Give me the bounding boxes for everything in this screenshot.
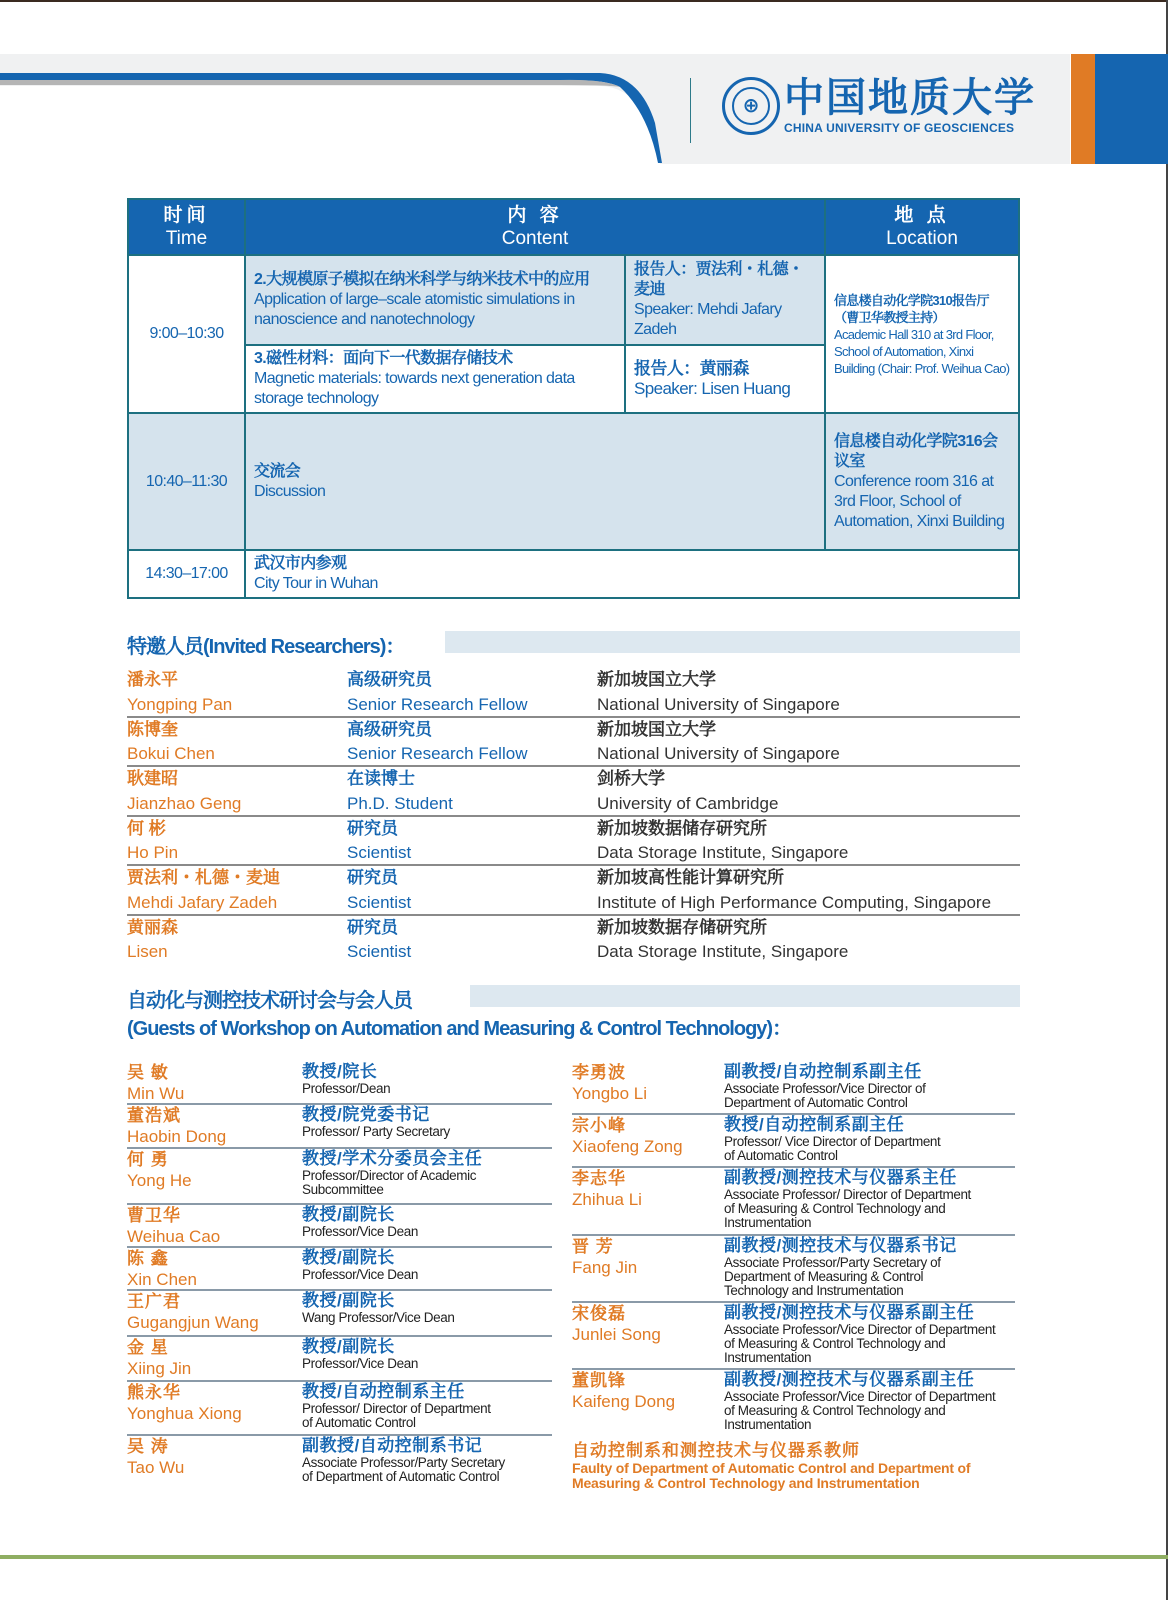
guest-name: 王广君Gugangjun Wang <box>127 1291 259 1333</box>
header-content-cn: 内 容 <box>246 204 824 227</box>
schedule-time: 14:30–17:00 <box>128 550 245 598</box>
list-item: 陈 鑫Xin Chen 教授/副院长Professor/Vice Dean <box>127 1248 552 1291</box>
title-en: Professor/ Party Secretary <box>302 1125 450 1139</box>
location-cn: 信息楼自动化学院316会议室 <box>834 432 1010 472</box>
title-en: Professor/Vice Dean <box>302 1268 418 1282</box>
name-cn: 吴 涛 <box>127 1436 184 1457</box>
title-cn: 在读博士 <box>347 767 453 792</box>
university-logo: ⊕ 中国地质大学 CHINA UNIVERSITY OF GEOSCIENCES <box>722 76 1036 135</box>
list-item: 晋 芳Fang Jin 副教授/测控技术与仪器系书记Associate Prof… <box>572 1236 1015 1303</box>
researcher-name: 何 彬Ho Pin <box>127 817 178 866</box>
list-item: 金 星Xiing Jin 教授/副院长Professor/Vice Dean <box>127 1337 552 1382</box>
org-cn: 新加坡数据存储研究所 <box>597 916 848 941</box>
talk-title: 2.大规模原子模拟在纳米科学与纳米技术中的应用 Application of l… <box>245 255 625 345</box>
guest-name: 熊永华Yonghua Xiong <box>127 1382 242 1424</box>
header-swoosh-curve <box>560 73 670 163</box>
header-blue-block <box>1095 54 1168 164</box>
name-en: Ho Pin <box>127 841 178 866</box>
guest-name: 董浩斌Haobin Dong <box>127 1105 226 1147</box>
name-cn: 熊永华 <box>127 1382 242 1403</box>
talk-title-en: Application of large–scale atomistic sim… <box>254 290 616 330</box>
section-bar <box>445 631 1020 653</box>
header-location: 地 点 Location <box>825 199 1019 255</box>
faculty-cn: 自动控制系和测控技术与仪器系教师 <box>572 1441 970 1461</box>
guest-title: 副教授/自动控制系副主任Associate Professor/Vice Dir… <box>724 1062 925 1110</box>
name-en: Tao Wu <box>127 1457 184 1478</box>
name-en: Mehdi Jafary Zadeh <box>127 891 280 916</box>
researcher-org: 新加坡国立大学National University of Singapore <box>597 718 840 767</box>
location-cn: 信息楼自动化学院310报告厅（曹卫华教授主持） <box>834 292 1010 326</box>
speaker-cn: 报告人：黄丽森 <box>634 359 816 379</box>
name-cn: 董浩斌 <box>127 1105 226 1126</box>
researcher-org: 剑桥大学University of Cambridge <box>597 767 778 816</box>
guest-title: 副教授/自动控制系书记Associate Professor/Party Sec… <box>302 1436 505 1484</box>
seal-inner-icon: ⊕ <box>732 87 770 125</box>
researcher-title: 在读博士Ph.D. Student <box>347 767 453 816</box>
name-cn: 何 彬 <box>127 817 178 842</box>
schedule-content: 武汉市内参观 City Tour in Wuhan <box>245 550 1019 598</box>
list-item: 何 勇Yong He 教授/学术分委员会主任Professor/Director… <box>127 1149 552 1205</box>
org-en: Data Storage Institute, Singapore <box>597 841 848 866</box>
name-en: Zhihua Li <box>572 1189 642 1210</box>
name-en: Haobin Dong <box>127 1126 226 1147</box>
title-en: Ph.D. Student <box>347 792 453 817</box>
guests-left-column: 吴 敏Min Wu 教授/院长Professor/Dean 董浩斌Haobin … <box>127 1062 552 1490</box>
schedule-content: 交流会 Discussion <box>245 413 825 550</box>
header-location-cn: 地 点 <box>826 204 1018 227</box>
title-cn: 副教授/自动控制系副主任 <box>724 1062 925 1082</box>
schedule-row: 14:30–17:00 武汉市内参观 City Tour in Wuhan <box>128 550 1019 598</box>
org-en: Data Storage Institute, Singapore <box>597 940 848 965</box>
guest-name: 董凯锋Kaifeng Dong <box>572 1370 675 1412</box>
name-cn: 王广君 <box>127 1291 259 1312</box>
title-cn: 教授/副院长 <box>302 1205 418 1225</box>
title-en: Wang Professor/Vice Dean <box>302 1311 454 1325</box>
org-cn: 新加坡高性能计算研究所 <box>597 866 991 891</box>
title-en: Senior Research Fellow <box>347 742 527 767</box>
researcher-title: 研究员Scientist <box>347 866 411 915</box>
speaker-en: Speaker: Mehdi Jafary Zadeh <box>634 300 816 340</box>
title-cn: 教授/副院长 <box>302 1337 418 1357</box>
invited-section-title: 特邀人员(Invited Researchers)： <box>127 630 404 659</box>
talk-title-en: Magnetic materials: towards next generat… <box>254 369 616 409</box>
researcher-org: 新加坡国立大学National University of Singapore <box>597 668 840 717</box>
guests-right-column: 李勇波Yongbo Li 副教授/自动控制系副主任Associate Profe… <box>572 1062 1015 1438</box>
speaker-en: Speaker: Lisen Huang <box>634 379 816 399</box>
logo-cn: 中国地质大学 <box>784 76 1036 120</box>
header-location-en: Location <box>826 227 1018 250</box>
title-en: Professor/ Vice Director of Department o… <box>724 1135 940 1163</box>
name-en: Fang Jin <box>572 1257 637 1278</box>
name-cn: 李志华 <box>572 1168 642 1189</box>
guest-name: 宗小峰Xiaofeng Zong <box>572 1115 683 1157</box>
title-en: Associate Professor/Party Secretary of D… <box>724 1256 957 1298</box>
name-cn: 耿建昭 <box>127 767 241 792</box>
researcher-title: 研究员Scientist <box>347 817 411 866</box>
org-cn: 新加坡国立大学 <box>597 668 840 693</box>
header-orange-block <box>1071 54 1095 164</box>
name-en: Lisen <box>127 940 178 965</box>
name-cn: 董凯锋 <box>572 1370 675 1391</box>
title-en: Associate Professor/Party Secretary of D… <box>302 1456 505 1484</box>
org-en: University of Cambridge <box>597 792 778 817</box>
title-cn: 教授/副院长 <box>302 1248 418 1268</box>
title-cn: 研究员 <box>347 817 411 842</box>
guest-title: 教授/副院长Professor/Vice Dean <box>302 1205 418 1239</box>
researcher-org: 新加坡高性能计算研究所Institute of High Performance… <box>597 866 991 915</box>
header-content-en: Content <box>246 227 824 250</box>
guest-title: 教授/副院长Professor/Vice Dean <box>302 1248 418 1282</box>
list-item: 王广君Gugangjun Wang 教授/副院长Wang Professor/V… <box>127 1291 552 1337</box>
title-cn: 教授/自动控制系主任 <box>302 1382 491 1402</box>
title-cn: 研究员 <box>347 866 411 891</box>
list-item: 耿建昭Jianzhao Geng 在读博士Ph.D. Student 剑桥大学U… <box>127 767 1020 817</box>
title-cn: 副教授/测控技术与仪器系书记 <box>724 1236 957 1256</box>
talk-title: 3.磁性材料：面向下一代数据存储技术 Magnetic materials: t… <box>245 345 625 413</box>
org-cn: 新加坡国立大学 <box>597 718 840 743</box>
talk-speaker: 报告人：贾法利・札德・麦迪 Speaker: Mehdi Jafary Zade… <box>625 255 825 345</box>
name-en: Gugangjun Wang <box>127 1312 259 1333</box>
title-en: Professor/Vice Dean <box>302 1225 418 1239</box>
guest-name: 李勇波Yongbo Li <box>572 1062 647 1104</box>
guest-title: 教授/副院长Professor/Vice Dean <box>302 1337 418 1371</box>
speaker-cn: 报告人：贾法利・札德・麦迪 <box>634 260 816 300</box>
name-cn: 金 星 <box>127 1337 191 1358</box>
section-bar <box>470 985 1020 1007</box>
researcher-name: 黄丽森Lisen <box>127 916 178 965</box>
footer-line <box>0 1555 1168 1559</box>
content-en: Discussion <box>254 482 816 502</box>
name-en: Yong He <box>127 1170 192 1191</box>
researcher-name: 陈博奎Bokui Chen <box>127 718 215 767</box>
title-cn: 教授/副院长 <box>302 1291 454 1311</box>
org-en: Institute of High Performance Computing,… <box>597 891 991 916</box>
list-item: 董凯锋Kaifeng Dong 副教授/测控技术与仪器系副主任Associate… <box>572 1370 1015 1438</box>
guest-name: 晋 芳Fang Jin <box>572 1236 637 1278</box>
title-cn: 副教授/测控技术与仪器系副主任 <box>724 1303 995 1323</box>
title-en: Senior Research Fellow <box>347 693 527 718</box>
title-cn: 副教授/测控技术与仪器系副主任 <box>724 1370 995 1390</box>
name-en: Min Wu <box>127 1083 184 1104</box>
title-en: Professor/Director of Academic Subcommit… <box>302 1169 482 1197</box>
title-en: Associate Professor/Vice Director of Dep… <box>724 1390 995 1432</box>
name-cn: 陈 鑫 <box>127 1248 197 1269</box>
name-en: Yongping Pan <box>127 693 232 718</box>
title-en: Scientist <box>347 841 411 866</box>
guest-title: 教授/自动控制系主任Professor/ Director of Departm… <box>302 1382 491 1430</box>
name-en: Kaifeng Dong <box>572 1391 675 1412</box>
list-item: 吴 敏Min Wu 教授/院长Professor/Dean <box>127 1062 552 1105</box>
schedule-location: 信息楼自动化学院316会议室 Conference room 316 at 3r… <box>825 413 1019 550</box>
name-en: Bokui Chen <box>127 742 215 767</box>
title-cn: 教授/院党委书记 <box>302 1105 450 1125</box>
header-divider <box>690 78 691 143</box>
title-en: Professor/ Director of Department of Aut… <box>302 1402 491 1430</box>
name-en: Yonghua Xiong <box>127 1403 242 1424</box>
title-cn: 高级研究员 <box>347 668 527 693</box>
invited-researchers-list: 潘永平Yongping Pan 高级研究员Senior Research Fel… <box>127 668 1020 965</box>
schedule-table: 时间 Time 内 容 Content 地 点 Location 9:00–10… <box>127 198 1020 599</box>
title-cn: 教授/自动控制系副主任 <box>724 1115 940 1135</box>
name-cn: 曹卫华 <box>127 1205 220 1226</box>
logo-en: CHINA UNIVERSITY OF GEOSCIENCES <box>784 121 1036 135</box>
header-time-en: Time <box>129 227 244 250</box>
schedule-time: 10:40–11:30 <box>128 413 245 550</box>
name-en: Jianzhao Geng <box>127 792 241 817</box>
header-stripe-gray <box>0 80 600 85</box>
list-item: 潘永平Yongping Pan 高级研究员Senior Research Fel… <box>127 668 1020 718</box>
list-item: 黄丽森Lisen 研究员Scientist 新加坡数据存储研究所Data Sto… <box>127 916 1020 966</box>
guest-name: 金 星Xiing Jin <box>127 1337 191 1379</box>
name-cn: 宋俊磊 <box>572 1303 661 1324</box>
title-cn: 副教授/自动控制系书记 <box>302 1436 505 1456</box>
name-cn: 贾法利・札德・麦迪 <box>127 866 280 891</box>
researcher-name: 贾法利・札德・麦迪Mehdi Jafary Zadeh <box>127 866 280 915</box>
title-en: Professor/Vice Dean <box>302 1357 418 1371</box>
name-en: Junlei Song <box>572 1324 661 1345</box>
guest-title: 教授/院长Professor/Dean <box>302 1062 390 1096</box>
guest-name: 陈 鑫Xin Chen <box>127 1248 197 1290</box>
name-en: Weihua Cao <box>127 1226 220 1247</box>
talk-title-cn: 3.磁性材料：面向下一代数据存储技术 <box>254 349 616 369</box>
name-en: Xiaofeng Zong <box>572 1136 683 1157</box>
list-item: 何 彬Ho Pin 研究员Scientist 新加坡数据储存研究所Data St… <box>127 817 1020 867</box>
name-en: Xiing Jin <box>127 1358 191 1379</box>
org-cn: 剑桥大学 <box>597 767 778 792</box>
researcher-org: 新加坡数据储存研究所Data Storage Institute, Singap… <box>597 817 848 866</box>
guest-title: 副教授/测控技术与仪器系副主任Associate Professor/Vice … <box>724 1370 995 1432</box>
guest-title: 教授/学术分委员会主任Professor/Director of Academi… <box>302 1149 482 1197</box>
name-cn: 吴 敏 <box>127 1062 184 1083</box>
name-cn: 何 勇 <box>127 1149 192 1170</box>
title-cn: 教授/院长 <box>302 1062 390 1082</box>
guests-section-title-en: (Guests of Workshop on Automation and Me… <box>127 1012 791 1041</box>
title-en: Associate Professor/Vice Director of Dep… <box>724 1082 925 1110</box>
title-cn: 研究员 <box>347 916 411 941</box>
org-cn: 新加坡数据储存研究所 <box>597 817 848 842</box>
researcher-title: 高级研究员Senior Research Fellow <box>347 668 527 717</box>
faculty-en: Faulty of Department of Automatic Contro… <box>572 1461 970 1491</box>
list-item: 董浩斌Haobin Dong 教授/院党委书记Professor/ Party … <box>127 1105 552 1149</box>
guest-name: 宋俊磊Junlei Song <box>572 1303 661 1345</box>
org-en: National University of Singapore <box>597 742 840 767</box>
list-item: 曹卫华Weihua Cao 教授/副院长Professor/Vice Dean <box>127 1205 552 1248</box>
location-en: Conference room 316 at 3rd Floor, School… <box>834 472 1010 532</box>
faculty-note: 自动控制系和测控技术与仪器系教师 Faulty of Department of… <box>572 1441 970 1491</box>
list-item: 宋俊磊Junlei Song 副教授/测控技术与仪器系副主任Associate … <box>572 1303 1015 1370</box>
content-en: City Tour in Wuhan <box>254 574 1010 594</box>
researcher-name: 耿建昭Jianzhao Geng <box>127 767 241 816</box>
researcher-title: 研究员Scientist <box>347 916 411 965</box>
list-item: 熊永华Yonghua Xiong 教授/自动控制系主任Professor/ Di… <box>127 1382 552 1436</box>
org-en: National University of Singapore <box>597 693 840 718</box>
list-item: 李勇波Yongbo Li 副教授/自动控制系副主任Associate Profe… <box>572 1062 1015 1115</box>
title-en: Scientist <box>347 891 411 916</box>
name-cn: 晋 芳 <box>572 1236 637 1257</box>
talk-title-cn: 2.大规模原子模拟在纳米科学与纳米技术中的应用 <box>254 270 616 290</box>
guest-name: 李志华Zhihua Li <box>572 1168 642 1210</box>
header-time-cn: 时间 <box>129 204 244 227</box>
list-item: 吴 涛Tao Wu 副教授/自动控制系书记Associate Professor… <box>127 1436 552 1490</box>
header-stripe-blue <box>0 73 600 80</box>
guest-name: 曹卫华Weihua Cao <box>127 1205 220 1247</box>
location-en: Academic Hall 310 at 3rd Floor, School o… <box>834 326 1010 377</box>
title-en: Scientist <box>347 940 411 965</box>
researcher-title: 高级研究员Senior Research Fellow <box>347 718 527 767</box>
guest-title: 教授/自动控制系副主任Professor/ Vice Director of D… <box>724 1115 940 1163</box>
name-cn: 宗小峰 <box>572 1115 683 1136</box>
list-item: 宗小峰Xiaofeng Zong 教授/自动控制系副主任Professor/ V… <box>572 1115 1015 1168</box>
guest-name: 吴 敏Min Wu <box>127 1062 184 1104</box>
list-item: 李志华Zhihua Li 副教授/测控技术与仪器系主任Associate Pro… <box>572 1168 1015 1236</box>
schedule-location: 信息楼自动化学院310报告厅（曹卫华教授主持） Academic Hall 31… <box>825 255 1019 413</box>
title-cn: 副教授/测控技术与仪器系主任 <box>724 1168 971 1188</box>
researcher-name: 潘永平Yongping Pan <box>127 668 232 717</box>
schedule-row: 9:00–10:30 2.大规模原子模拟在纳米科学与纳米技术中的应用 Appli… <box>128 255 1019 345</box>
title-en: Associate Professor/ Director of Departm… <box>724 1188 971 1230</box>
title-cn: 教授/学术分委员会主任 <box>302 1149 482 1169</box>
name-cn: 李勇波 <box>572 1062 647 1083</box>
name-en: Xin Chen <box>127 1269 197 1290</box>
university-seal-icon: ⊕ <box>722 77 780 135</box>
guests-section-title-cn: 自动化与测控技术研讨会与会人员 <box>127 984 412 1013</box>
name-cn: 陈博奎 <box>127 718 215 743</box>
guest-title: 教授/副院长Wang Professor/Vice Dean <box>302 1291 454 1325</box>
name-en: Yongbo Li <box>572 1083 647 1104</box>
guest-name: 何 勇Yong He <box>127 1149 192 1191</box>
guest-title: 副教授/测控技术与仪器系书记Associate Professor/Party … <box>724 1236 957 1298</box>
guest-title: 教授/院党委书记Professor/ Party Secretary <box>302 1105 450 1139</box>
header-time: 时间 Time <box>128 199 245 255</box>
content-cn: 武汉市内参观 <box>254 554 1010 574</box>
content-cn: 交流会 <box>254 462 816 482</box>
schedule-header-row: 时间 Time 内 容 Content 地 点 Location <box>128 199 1019 255</box>
list-item: 陈博奎Bokui Chen 高级研究员Senior Research Fello… <box>127 718 1020 768</box>
title-cn: 高级研究员 <box>347 718 527 743</box>
name-cn: 潘永平 <box>127 668 232 693</box>
page-top-border <box>0 0 1168 2</box>
guest-title: 副教授/测控技术与仪器系主任Associate Professor/ Direc… <box>724 1168 971 1230</box>
guest-title: 副教授/测控技术与仪器系副主任Associate Professor/Vice … <box>724 1303 995 1365</box>
talk-speaker: 报告人：黄丽森 Speaker: Lisen Huang <box>625 345 825 413</box>
title-en: Professor/Dean <box>302 1082 390 1096</box>
name-cn: 黄丽森 <box>127 916 178 941</box>
schedule-row: 10:40–11:30 交流会 Discussion 信息楼自动化学院316会议… <box>128 413 1019 550</box>
list-item: 贾法利・札德・麦迪Mehdi Jafary Zadeh 研究员Scientist… <box>127 866 1020 916</box>
schedule-time: 9:00–10:30 <box>128 255 245 413</box>
guest-name: 吴 涛Tao Wu <box>127 1436 184 1478</box>
researcher-org: 新加坡数据存储研究所Data Storage Institute, Singap… <box>597 916 848 965</box>
header-content: 内 容 Content <box>245 199 825 255</box>
title-en: Associate Professor/Vice Director of Dep… <box>724 1323 995 1365</box>
logo-text: 中国地质大学 CHINA UNIVERSITY OF GEOSCIENCES <box>784 76 1036 135</box>
